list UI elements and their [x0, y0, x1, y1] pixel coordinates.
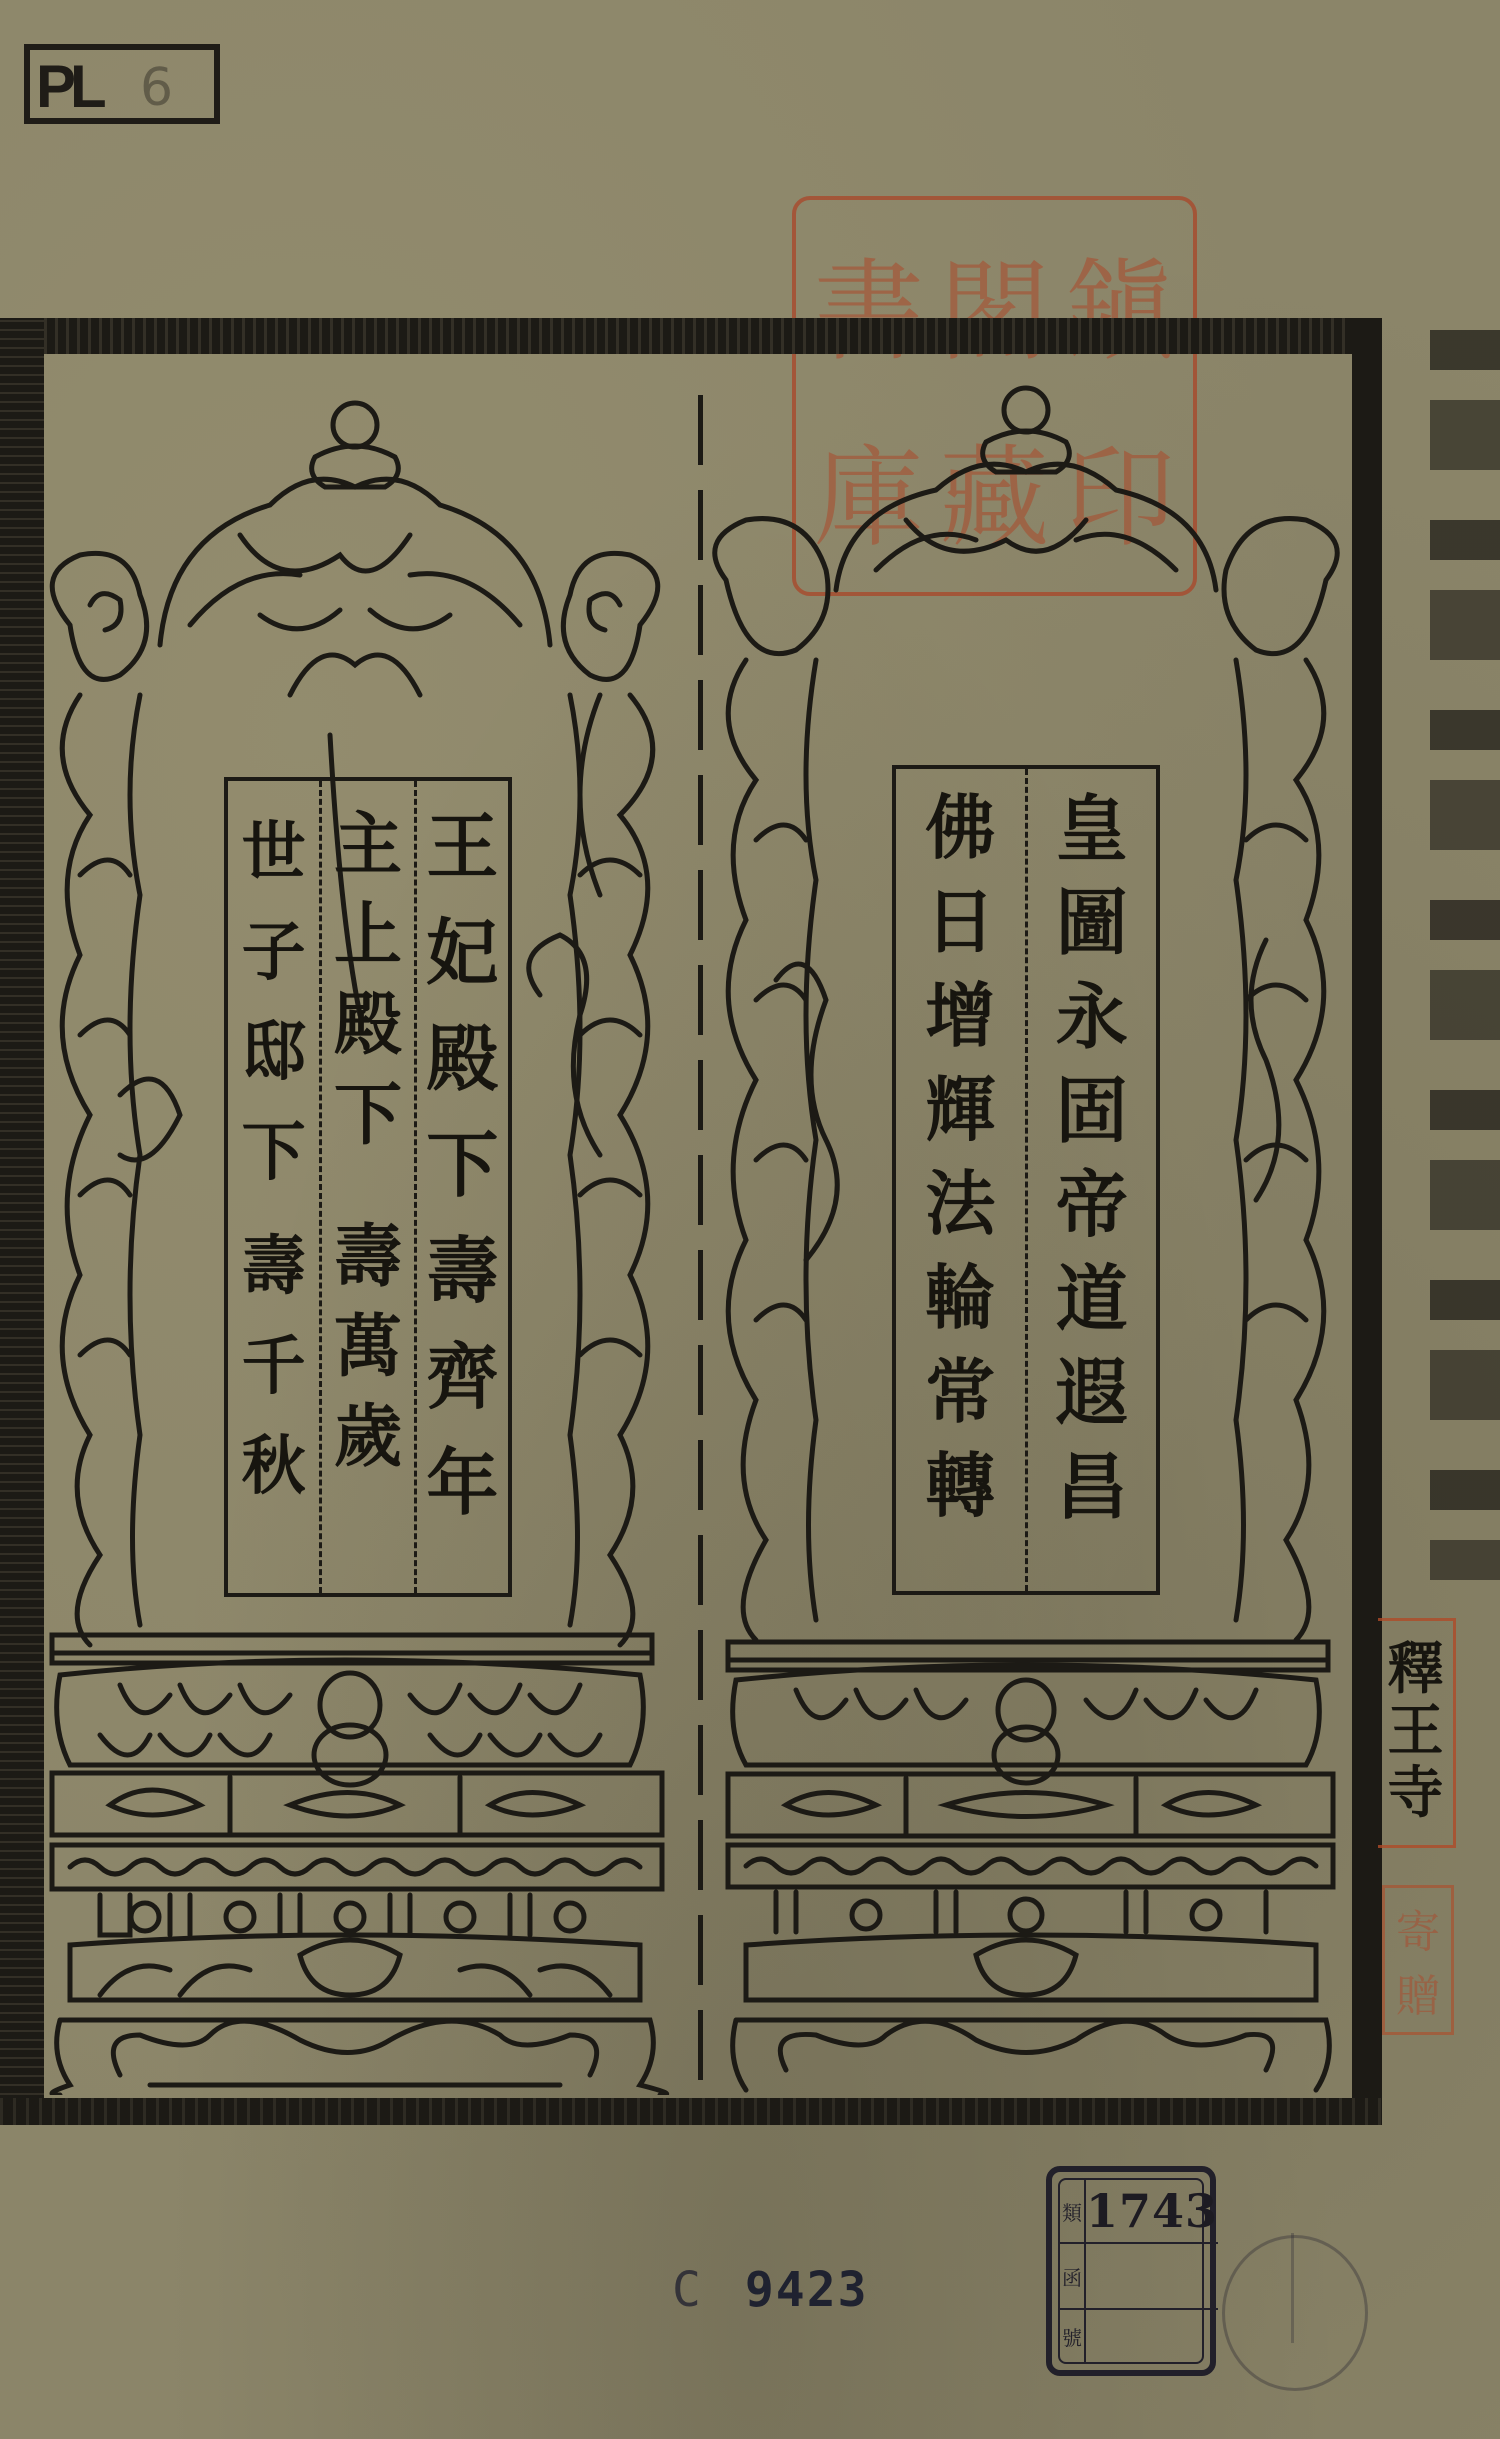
frame-border-bottom	[0, 2098, 1382, 2125]
inscription-char: 下	[426, 1129, 498, 1201]
inscription-char: 萬	[334, 1313, 402, 1381]
inscription-char: 殿	[426, 1023, 498, 1095]
inscription-column: 王 妃 殿 下 壽 齊 年	[414, 781, 508, 1593]
call-number-value: 9423	[745, 2262, 869, 2318]
library-classification-stamp: 類 1743 函 號	[1046, 2166, 1216, 2376]
inscription-char: 皇	[1056, 793, 1128, 865]
inscription-column: 主 上 殿 下 壽 萬 歲	[319, 781, 413, 1593]
frame-border-right	[1352, 318, 1382, 2124]
inscription-char: 帝	[1056, 1169, 1128, 1241]
inscription-char: 殿	[334, 991, 402, 1059]
inscription-char: 常	[925, 1357, 995, 1427]
inscription-char: 圖	[1056, 887, 1128, 959]
inscription-char: 上	[334, 901, 402, 969]
shelf-mark-box: PL 6	[24, 44, 220, 124]
inscription-column: 皇 圖 永 固 帝 道 遐 昌	[1025, 769, 1157, 1591]
class-label: 類	[1060, 2180, 1086, 2244]
shelf-mark-handwritten: 6	[140, 58, 173, 118]
seal-char: 寄	[1396, 1896, 1440, 1960]
label-char: 王	[1388, 1703, 1444, 1759]
temple-name-label: 釋 王 寺	[1378, 1618, 1456, 1848]
inscription-char: 日	[925, 887, 995, 957]
inscription-char: 王	[426, 811, 498, 883]
case-label: 函	[1060, 2244, 1086, 2310]
seal-char: 贈	[1396, 1960, 1440, 2024]
inscription-char: 道	[1056, 1263, 1128, 1335]
inscription-char: 昌	[1056, 1451, 1128, 1523]
call-number-prefix: C	[672, 2262, 703, 2318]
center-fold-divider	[698, 395, 703, 2095]
inscription-char: 齊	[426, 1341, 498, 1413]
inscription-column: 佛 日 增 輝 法 輪 常 轉	[896, 769, 1025, 1591]
call-number: C9423	[672, 2262, 869, 2318]
inscription-char: 佛	[925, 793, 995, 863]
inscription-char: 世	[242, 821, 306, 885]
right-tablet-inscription-panel: 皇 圖 永 固 帝 道 遐 昌 佛 日 增 輝 法 輪 常 轉	[892, 765, 1160, 1595]
inscription-char: 壽	[334, 1223, 402, 1291]
left-memorial-tablet: 王 妃 殿 下 壽 齊 年 主 上 殿 下 壽 萬 歲 世 子 邸 下 壽 千 …	[40, 395, 690, 2095]
seal-char: 鎭	[1057, 210, 1183, 396]
inscription-char: 轉	[925, 1451, 995, 1521]
class-number: 1743	[1086, 2184, 1218, 2238]
inscription-column: 世 子 邸 下 壽 千 秋	[228, 781, 319, 1593]
right-memorial-tablet: 皇 圖 永 固 帝 道 遐 昌 佛 日 增 輝 法 輪 常 轉	[706, 380, 1354, 2095]
seal-char: 書	[806, 210, 932, 396]
inscription-char: 下	[242, 1121, 306, 1185]
bleed-through-text	[1430, 330, 1500, 1580]
inscription-char: 法	[925, 1169, 995, 1239]
inscription-char: 下	[334, 1081, 402, 1149]
inscription-char: 遐	[1056, 1357, 1128, 1429]
inscription-char: 壽	[242, 1235, 306, 1299]
frame-border-top	[0, 318, 1382, 354]
inscription-char: 歲	[334, 1403, 402, 1471]
inscription-char: 輪	[925, 1263, 995, 1333]
inscription-char: 壽	[426, 1235, 498, 1307]
frame-border-left	[0, 318, 44, 2113]
inscription-char: 邸	[242, 1021, 306, 1085]
inscription-char: 千	[242, 1335, 306, 1399]
inscription-char: 主	[334, 811, 402, 879]
seal-char: 閣	[932, 210, 1058, 396]
left-tablet-inscription-panel: 王 妃 殿 下 壽 齊 年 主 上 殿 下 壽 萬 歲 世 子 邸 下 壽 千 …	[224, 777, 512, 1597]
inscription-char: 永	[1056, 981, 1128, 1053]
inscription-char: 固	[1056, 1075, 1128, 1147]
inscription-char: 妃	[426, 917, 498, 989]
donation-seal: 寄 贈	[1382, 1885, 1454, 2035]
inscription-char: 子	[242, 921, 306, 985]
inscription-char: 增	[925, 981, 995, 1051]
inscription-char: 秋	[242, 1435, 306, 1499]
number-cell	[1086, 2310, 1218, 2362]
inscription-char: 輝	[925, 1075, 995, 1145]
class-cell: 1743	[1086, 2180, 1218, 2244]
faded-circle-stamp	[1222, 2235, 1368, 2391]
shelf-mark-prefix: PL	[36, 52, 101, 122]
case-cell	[1086, 2244, 1218, 2310]
label-char: 寺	[1388, 1765, 1444, 1821]
label-char: 釋	[1388, 1641, 1444, 1697]
inscription-char: 年	[426, 1447, 498, 1519]
number-label: 號	[1060, 2310, 1086, 2362]
